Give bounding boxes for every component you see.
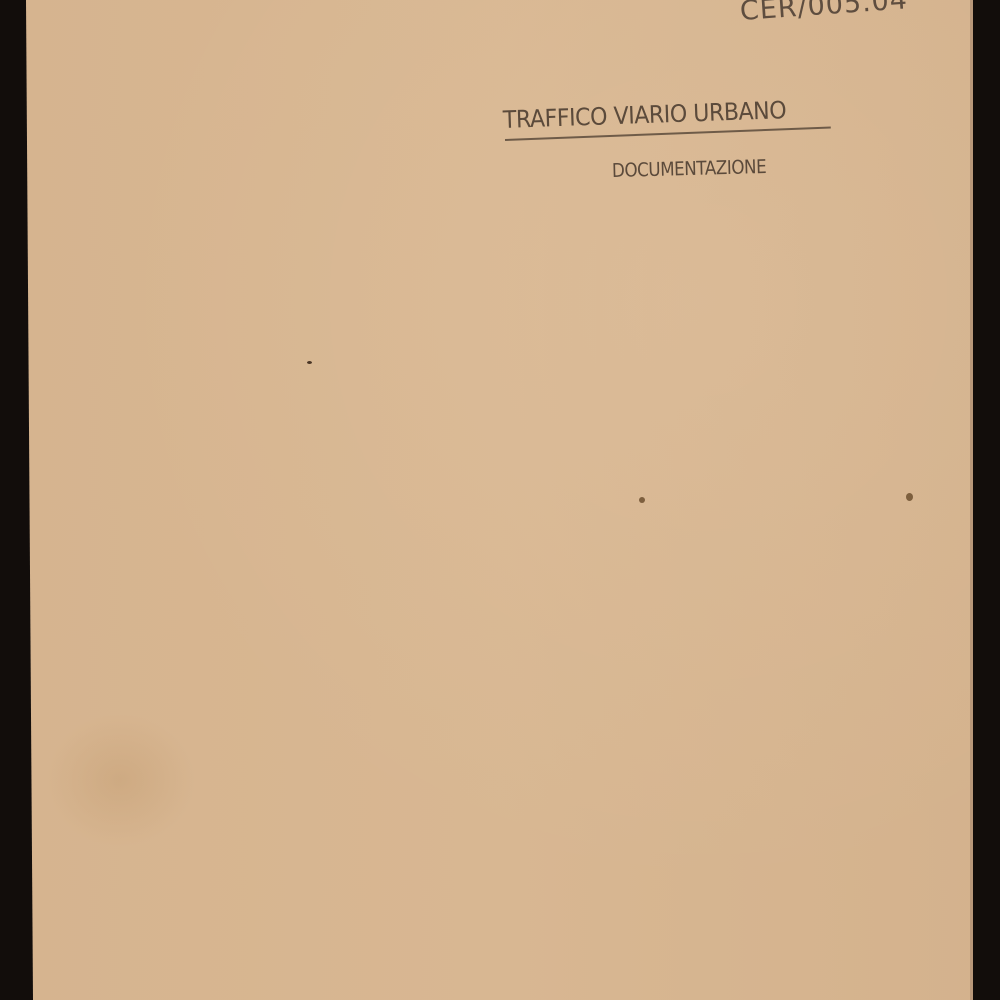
folder-subtitle: DOCUMENTAZIONE <box>612 156 767 182</box>
folder-cover <box>0 0 1000 1000</box>
folder-edge <box>970 0 973 1000</box>
paper-spot <box>906 493 913 501</box>
scan-background: CER/005.04 TRAFFICO VIARIO URBANO DOCUME… <box>0 0 1000 1000</box>
paper-spot <box>307 361 312 364</box>
paper-spot <box>639 497 645 503</box>
